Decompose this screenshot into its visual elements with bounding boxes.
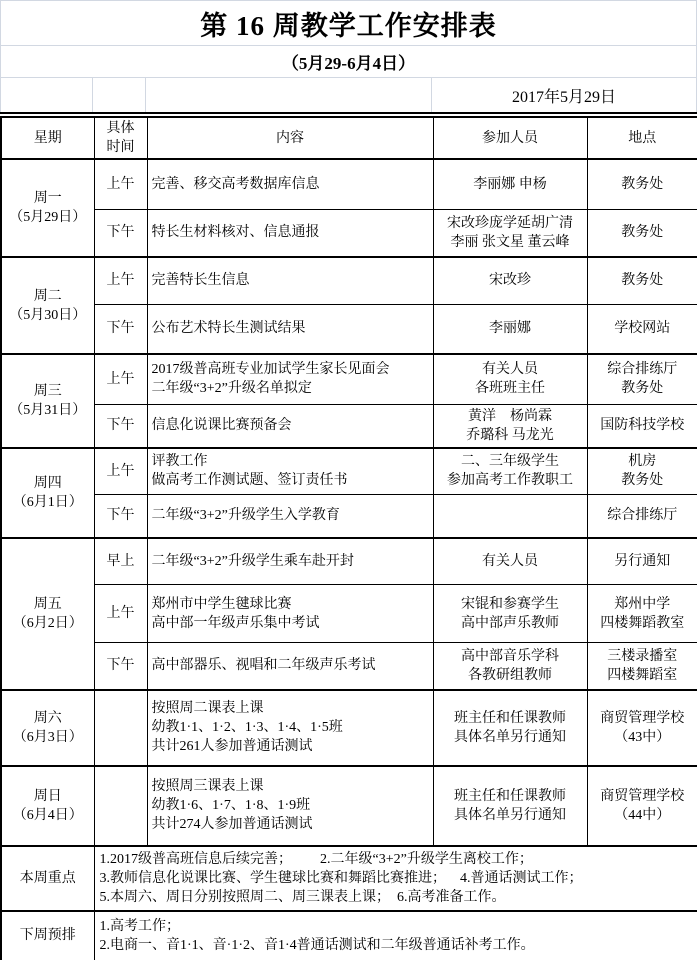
time-cell (94, 690, 147, 766)
day-cell: 周三 （5月31日） (1, 354, 94, 448)
day-cell: 周日 （6月4日） (1, 766, 94, 846)
content-cell: 公布艺术特长生测试结果 (147, 304, 433, 354)
day-cell: 周二 （5月30日） (1, 257, 94, 354)
content-cell: 特长生材料核对、信息通报 (147, 209, 433, 257)
next-week-label: 下周预排 (1, 911, 94, 960)
weekly-focus-row: 本周重点 1.2017级普高班信息后续完善； 2.二年级“3+2”升级学生离校工… (1, 846, 697, 911)
participants-cell: 二、三年级学生 参加高考工作教职工 (433, 448, 587, 495)
table-row: 周三 （5月31日） 上午 2017级普高班专业加试学生家长见面会 二年级“3+… (1, 354, 697, 404)
issue-date: 2017年5月29日 (432, 78, 696, 112)
participants-cell: 宋锟和参赛学生 高中部声乐教师 (433, 585, 587, 643)
location-cell: 另行通知 (587, 538, 697, 585)
empty-cell (146, 78, 432, 112)
page-subtitle: （5月29-6月4日） (1, 46, 696, 78)
content-cell: 完善特长生信息 (147, 257, 433, 304)
participants-cell: 高中部音乐学科 各教研组教师 (433, 643, 587, 690)
header-content: 内容 (147, 115, 433, 159)
location-cell: 商贸管理学校 （43中） (587, 690, 697, 766)
time-cell (94, 766, 147, 846)
table-row: 周四 （6月1日） 上午 评教工作 做高考工作测试题、签订责任书 二、三年级学生… (1, 448, 697, 495)
day-cell: 周一 （5月29日） (1, 159, 94, 257)
title-block: 第 16 周教学工作安排表 （5月29-6月4日） 2017年5月29日 (0, 0, 697, 112)
time-cell: 下午 (94, 404, 147, 448)
page-title: 第 16 周教学工作安排表 (1, 1, 696, 46)
empty-cell (1, 78, 93, 112)
location-cell: 三楼录播室 四楼舞蹈室 (587, 643, 697, 690)
participants-cell: 班主任和任课教师 具体名单另行通知 (433, 766, 587, 846)
time-cell: 上午 (94, 354, 147, 404)
participants-cell: 有关人员 各班班主任 (433, 354, 587, 404)
location-cell: 教务处 (587, 159, 697, 209)
content-cell: 完善、移交高考数据库信息 (147, 159, 433, 209)
content-cell: 高中部器乐、视唱和二年级声乐考试 (147, 643, 433, 690)
participants-cell: 宋改珍庞学延胡广清 李丽 张文星 董云峰 (433, 209, 587, 257)
table-row: 周日 （6月4日） 按照周三课表上课 幼教1·6、1·7、1·8、1·9班 共计… (1, 766, 697, 846)
content-cell: 二年级“3+2”升级学生入学教育 (147, 495, 433, 538)
location-cell: 郑州中学 四楼舞蹈教室 (587, 585, 697, 643)
participants-cell: 宋改珍 (433, 257, 587, 304)
table-row: 下午 信息化说课比赛预备会 黄洋 杨尚霖 乔璐科 马龙光 国防科技学校 (1, 404, 697, 448)
participants-cell: 李丽娜 (433, 304, 587, 354)
header-day: 星期 (1, 115, 94, 159)
time-cell: 下午 (94, 643, 147, 690)
empty-cell (93, 78, 146, 112)
location-cell: 教务处 (587, 257, 697, 304)
table-row: 周一 （5月29日） 上午 完善、移交高考数据库信息 李丽娜 申杨 教务处 (1, 159, 697, 209)
date-row: 2017年5月29日 (1, 78, 696, 112)
time-cell: 上午 (94, 585, 147, 643)
header-participants: 参加人员 (433, 115, 587, 159)
schedule-sheet: 第 16 周教学工作安排表 （5月29-6月4日） 2017年5月29日 星期 … (0, 0, 697, 960)
table-row: 下午 高中部器乐、视唱和二年级声乐考试 高中部音乐学科 各教研组教师 三楼录播室… (1, 643, 697, 690)
location-cell: 教务处 (587, 209, 697, 257)
header-location: 地点 (587, 115, 697, 159)
next-week-row: 下周预排 1.高考工作； 2.电商一、音1·1、音·1·2、音1·4普通话测试和… (1, 911, 697, 960)
time-cell: 下午 (94, 209, 147, 257)
location-cell: 综合排练厅 (587, 495, 697, 538)
table-row: 周六 （6月3日） 按照周二课表上课 幼教1·1、1·2、1·3、1·4、1·5… (1, 690, 697, 766)
content-cell: 郑州市中学生毽球比赛 高中部一年级声乐集中考试 (147, 585, 433, 643)
day-cell: 周六 （6月3日） (1, 690, 94, 766)
location-cell: 机房 教务处 (587, 448, 697, 495)
content-cell: 按照周三课表上课 幼教1·6、1·7、1·8、1·9班 共计274人参加普通话测… (147, 766, 433, 846)
time-cell: 下午 (94, 495, 147, 538)
day-cell: 周五 （6月2日） (1, 538, 94, 690)
location-cell: 商贸管理学校 （44中） (587, 766, 697, 846)
weekly-focus-content: 1.2017级普高班信息后续完善； 2.二年级“3+2”升级学生离校工作； 3.… (94, 846, 697, 911)
schedule-table: 星期 具体 时间 内容 参加人员 地点 周一 （5月29日） 上午 完善、移交高… (0, 112, 697, 960)
participants-cell: 李丽娜 申杨 (433, 159, 587, 209)
location-cell: 综合排练厅 教务处 (587, 354, 697, 404)
content-cell: 2017级普高班专业加试学生家长见面会 二年级“3+2”升级名单拟定 (147, 354, 433, 404)
weekly-focus-label: 本周重点 (1, 846, 94, 911)
participants-cell (433, 495, 587, 538)
participants-cell: 班主任和任课教师 具体名单另行通知 (433, 690, 587, 766)
table-row: 下午 二年级“3+2”升级学生入学教育 综合排练厅 (1, 495, 697, 538)
table-row: 周二 （5月30日） 上午 完善特长生信息 宋改珍 教务处 (1, 257, 697, 304)
table-row: 周五 （6月2日） 早上 二年级“3+2”升级学生乘车赴开封 有关人员 另行通知 (1, 538, 697, 585)
content-cell: 信息化说课比赛预备会 (147, 404, 433, 448)
time-cell: 上午 (94, 257, 147, 304)
time-cell: 下午 (94, 304, 147, 354)
participants-cell: 黄洋 杨尚霖 乔璐科 马龙光 (433, 404, 587, 448)
content-cell: 按照周二课表上课 幼教1·1、1·2、1·3、1·4、1·5班 共计261人参加… (147, 690, 433, 766)
location-cell: 学校网站 (587, 304, 697, 354)
participants-cell: 有关人员 (433, 538, 587, 585)
time-cell: 早上 (94, 538, 147, 585)
content-cell: 评教工作 做高考工作测试题、签订责任书 (147, 448, 433, 495)
day-cell: 周四 （6月1日） (1, 448, 94, 538)
time-cell: 上午 (94, 159, 147, 209)
table-row: 上午 郑州市中学生毽球比赛 高中部一年级声乐集中考试 宋锟和参赛学生 高中部声乐… (1, 585, 697, 643)
table-row: 下午 公布艺术特长生测试结果 李丽娜 学校网站 (1, 304, 697, 354)
table-row: 下午 特长生材料核对、信息通报 宋改珍庞学延胡广清 李丽 张文星 董云峰 教务处 (1, 209, 697, 257)
location-cell: 国防科技学校 (587, 404, 697, 448)
time-cell: 上午 (94, 448, 147, 495)
next-week-content: 1.高考工作； 2.电商一、音1·1、音·1·2、音1·4普通话测试和二年级普通… (94, 911, 697, 960)
header-row: 星期 具体 时间 内容 参加人员 地点 (1, 115, 697, 159)
content-cell: 二年级“3+2”升级学生乘车赴开封 (147, 538, 433, 585)
header-time: 具体 时间 (94, 115, 147, 159)
